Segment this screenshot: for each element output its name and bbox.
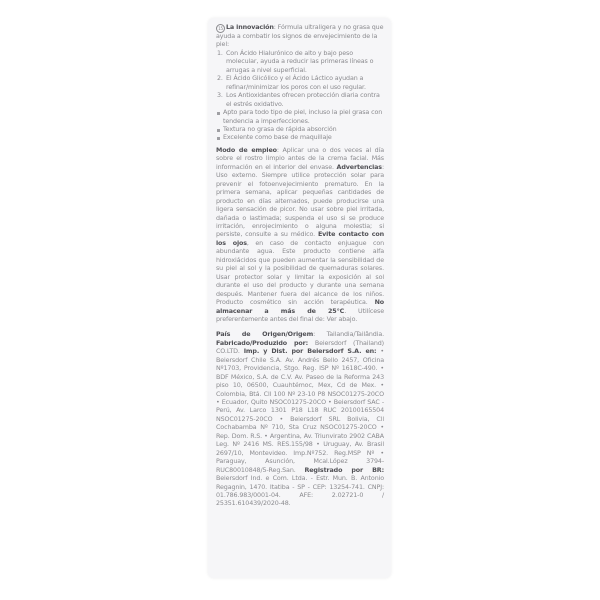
feature-item: Excelente como base de maquillaje <box>216 134 384 142</box>
origin-text: : Tailandia/Tailândia. <box>313 331 384 338</box>
square-bullet-icon <box>217 137 220 140</box>
product-photo-background: 15La innovación: Fórmula ultraligera y n… <box>0 0 600 600</box>
importer-title: Imp. y Dist. por Beiersdorf S.A. en: <box>244 348 377 355</box>
square-bullet-icon <box>217 129 220 132</box>
numbered-circle-icon: 15 <box>216 24 225 33</box>
usage-title: Modo de empleo <box>216 147 277 154</box>
innovation-title: La innovación <box>226 24 274 31</box>
manufacturer-title: Fabricado/Produzido por: <box>216 340 308 347</box>
feature-item: Apto para todo tipo de piel, incluso la … <box>216 109 384 126</box>
square-bullet-icon <box>217 112 220 115</box>
benefit-text: Los Antioxidantes ofrecen protección dia… <box>226 92 380 107</box>
brazil-registration-text: Beiersdorf Ind. e Com. Ltda. - Estr. Mun… <box>216 475 384 507</box>
importer-text: • Beiersdorf Chile S.A. Av. Andrés Bello… <box>216 348 384 473</box>
innovation-paragraph: 15La innovación: Fórmula ultraligera y n… <box>216 24 384 50</box>
usage-paragraph: Modo de empleo: Aplicar una o dos veces … <box>216 147 384 325</box>
benefit-item: 2.El Ácido Glicólico y el Ácido Láctico … <box>216 75 384 92</box>
feature-text: Apto para todo tipo de piel, incluso la … <box>223 109 382 124</box>
benefit-number: 1. <box>217 50 223 58</box>
product-label-panel: 15La innovación: Fórmula ultraligera y n… <box>208 18 391 578</box>
benefit-item: 1.Con Ácido Hialurónico de alto y bajo p… <box>216 50 384 75</box>
benefits-list: 1.Con Ácido Hialurónico de alto y bajo p… <box>216 50 384 109</box>
benefit-number: 2. <box>217 75 223 83</box>
warnings-text: : Uso externo. Siempre utilice protecció… <box>216 164 384 239</box>
benefit-item: 3.Los Antioxidantes ofrecen protección d… <box>216 92 384 109</box>
benefit-number: 3. <box>217 92 223 100</box>
feature-item: Textura no grasa de rápida absorción <box>216 126 384 134</box>
origin-paragraph: País de Origen/Origem: Tailandia/Tailând… <box>216 331 384 509</box>
feature-text: Textura no grasa de rápida absorción <box>223 126 337 133</box>
benefit-text: El Ácido Glicólico y el Ácido Láctico ay… <box>226 75 366 90</box>
eye-contact-text: , en caso de contacto enjuague con abund… <box>216 240 384 306</box>
feature-text: Excelente como base de maquillaje <box>223 134 332 141</box>
benefit-text: Con Ácido Hialurónico de alto y bajo pes… <box>226 50 373 74</box>
features-list: Apto para todo tipo de piel, incluso la … <box>216 109 384 143</box>
warnings-title: Advertencias <box>337 164 382 171</box>
brazil-registration-title: Registrado por BR: <box>304 467 384 474</box>
origin-title: País de Origen/Origem <box>216 331 313 338</box>
